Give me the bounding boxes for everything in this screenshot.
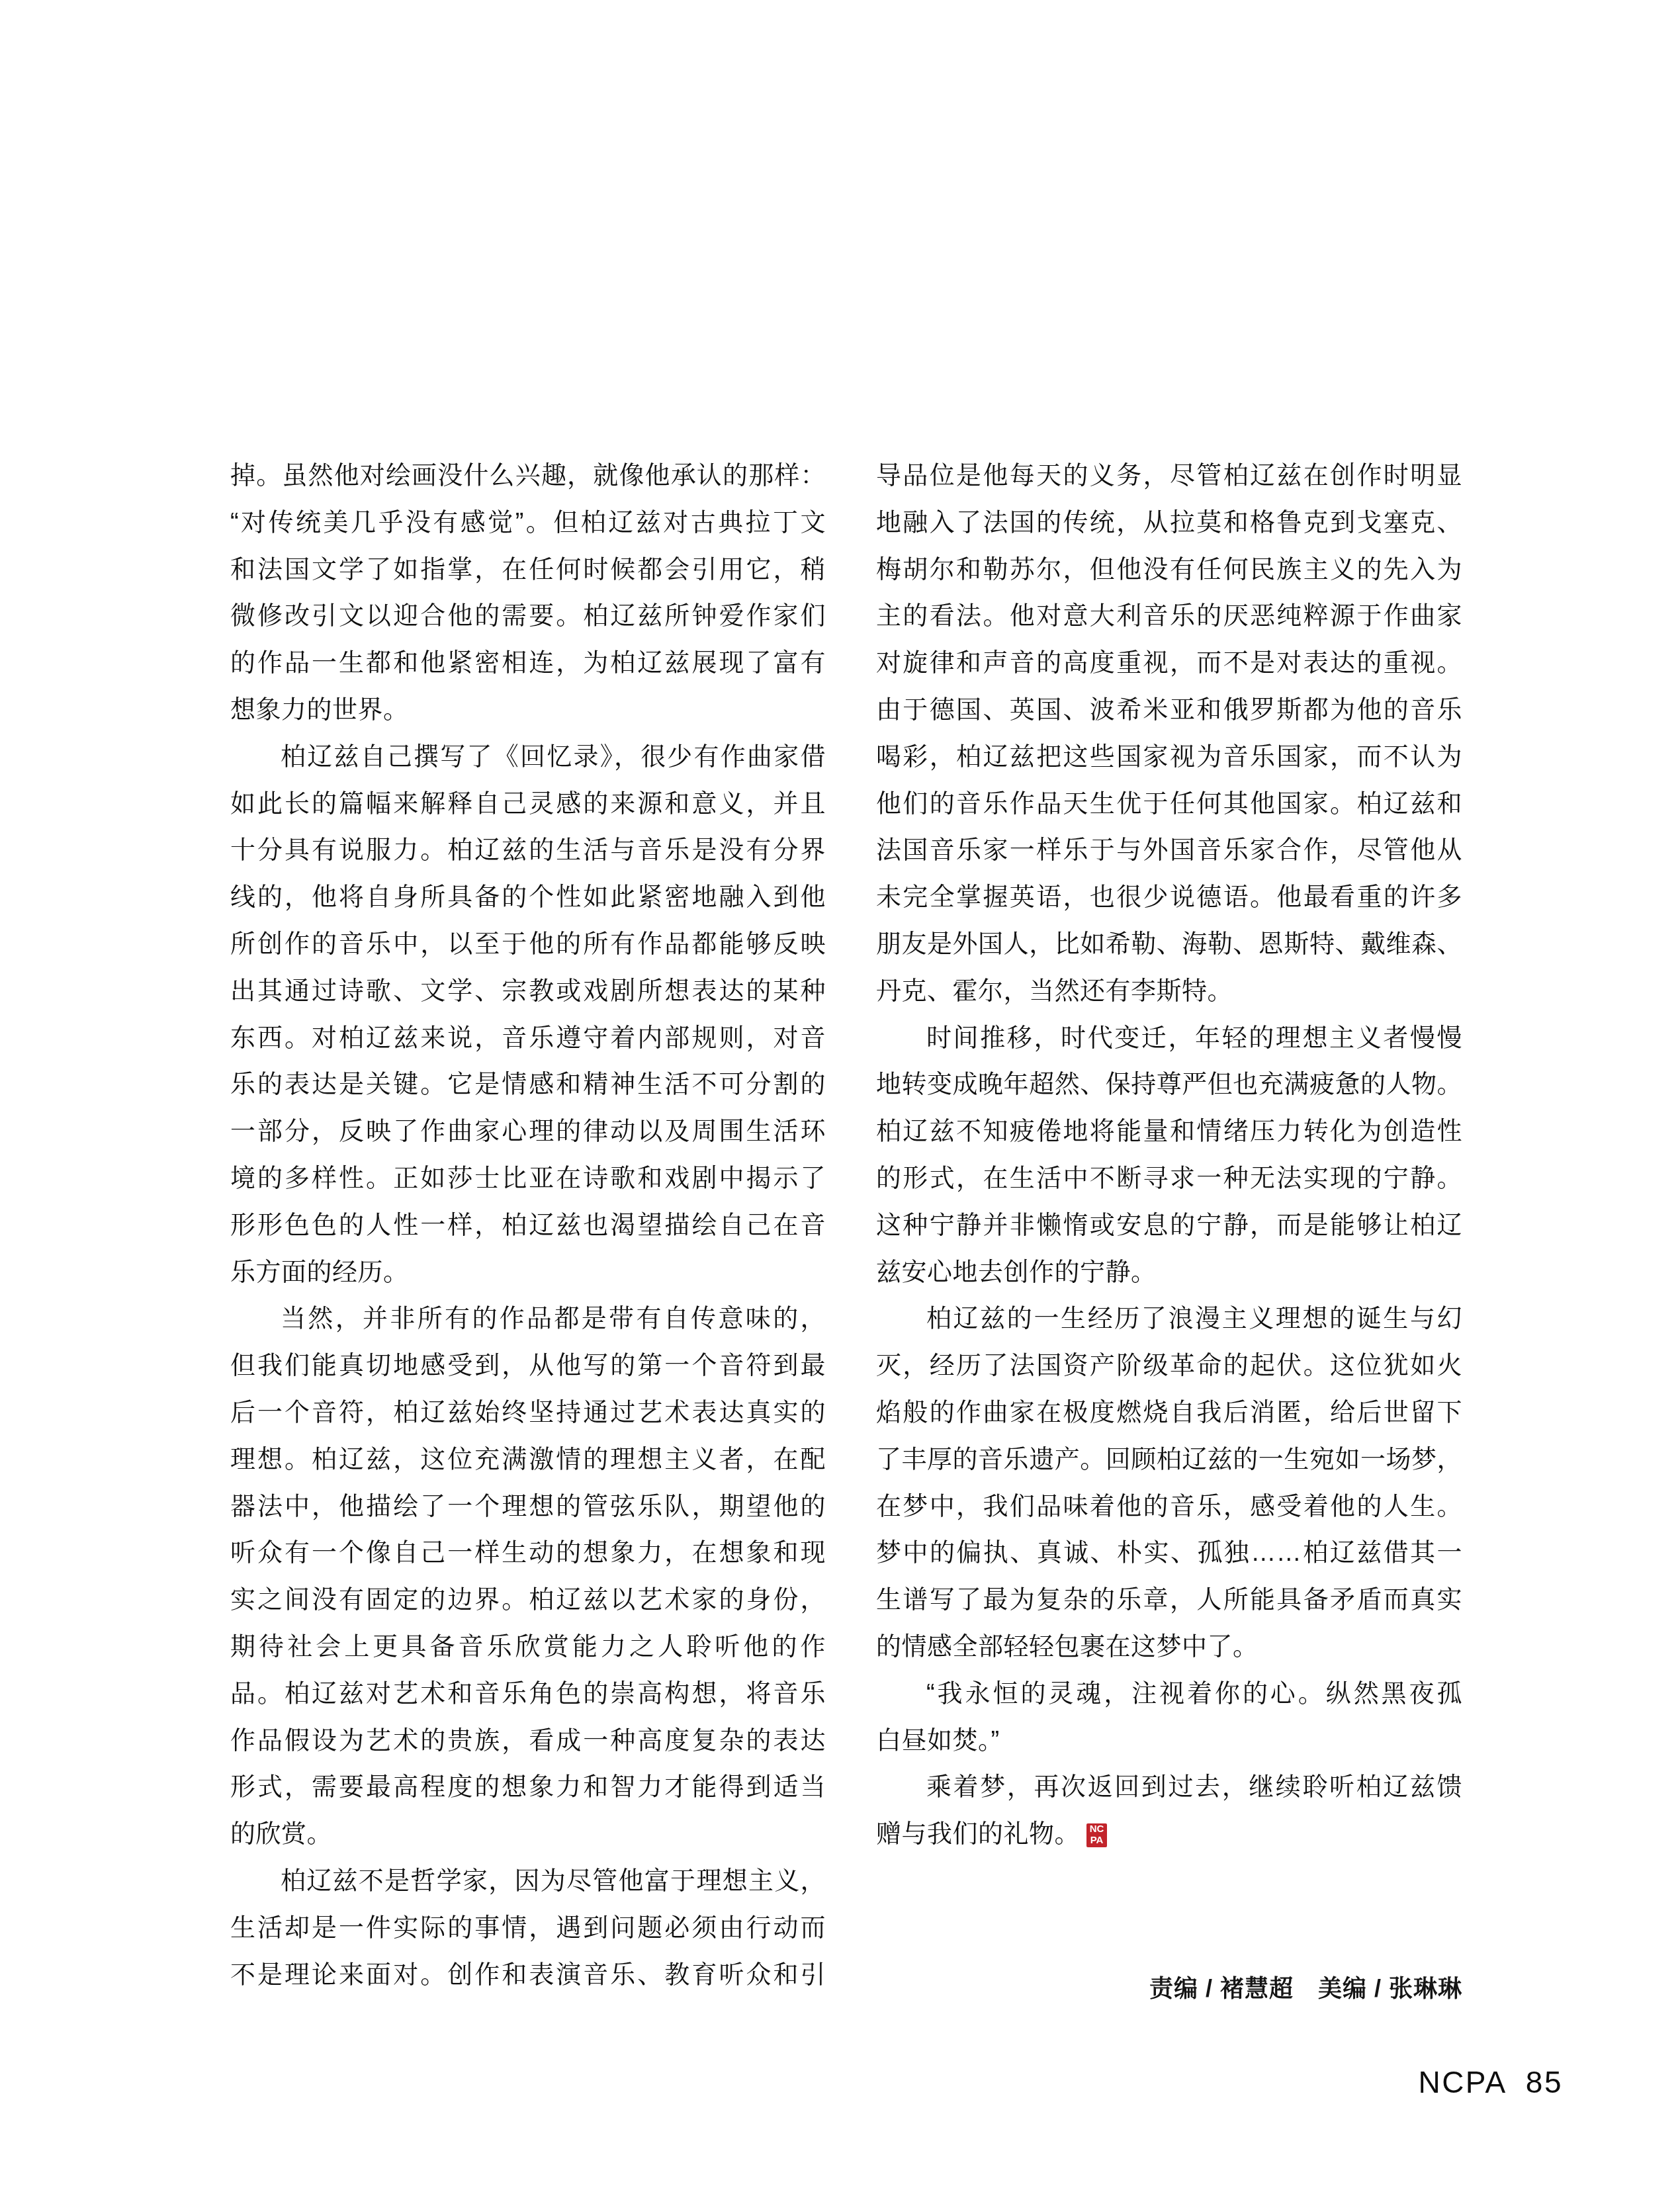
text-line: 柏辽兹不是哲学家，因为尽管他富于理想主义， (230, 1858, 826, 1905)
text-line-content: 赠与我们的礼物。 (876, 1820, 1080, 1848)
text-line-content: 白昼如焚。” (876, 1727, 1000, 1755)
text-line: 所创作的音乐中，以至于他的所有作品都能够反映 (230, 921, 826, 968)
text-line: 乐方面的经历。 (230, 1249, 826, 1296)
text-line: 焰般的作曲家在极度燃烧自我后消匿，给后世留下 (876, 1389, 1462, 1436)
text-line: 生活却是一件实际的事情，遇到问题必须由行动而 (230, 1905, 826, 1952)
text-line: 出其通过诗歌、文学、宗教或戏剧所想表达的某种 (230, 968, 826, 1015)
text-line: “对传统美几乎没有感觉”。但柏辽兹对古典拉丁文 (230, 500, 826, 547)
text-line-content: 十分具有说服力。柏辽兹的生活与音乐是没有分界 (230, 836, 826, 864)
text-line: 柏辽兹自己撰写了《回忆录》，很少有作曲家借 (230, 734, 826, 781)
text-line: 主的看法。他对意大利音乐的厌恶纯粹源于作曲家 (876, 593, 1462, 640)
text-line: 的形式，在生活中不断寻求一种无法实现的宁静。 (876, 1155, 1462, 1202)
text-line: 不是理论来面对。创作和表演音乐、教育听众和引 (230, 1952, 826, 1999)
text-line: 的欣赏。 (230, 1811, 826, 1858)
text-line-content: 焰般的作曲家在极度燃烧自我后消匿，给后世留下 (876, 1399, 1462, 1426)
text-line-content: 作品假设为艺术的贵族，看成一种高度复杂的表达 (230, 1727, 826, 1755)
text-line-content: 法国音乐家一样乐于与外国音乐家合作，尽管他从 (876, 836, 1462, 864)
text-line: 生谱写了最为复杂的乐章，人所能具备矛盾而真实 (876, 1577, 1462, 1624)
text-line-content: 柏辽兹自己撰写了《回忆录》，很少有作曲家借 (281, 743, 826, 771)
text-line: 实之间没有固定的边界。柏辽兹以艺术家的身份， (230, 1577, 826, 1624)
text-line-content: 生谱写了最为复杂的乐章，人所能具备矛盾而真实 (876, 1586, 1462, 1614)
text-line: 微修改引文以迎合他的需要。柏辽兹所钟爱作家们 (230, 593, 826, 640)
text-line: 地转变成晚年超然、保持尊严但也充满疲惫的人物。 (876, 1061, 1462, 1108)
text-line-content: 地融入了法国的传统，从拉莫和格鲁克到戈塞克、 (876, 509, 1462, 537)
text-line-content: 朋友是外国人，比如希勒、海勒、恩斯特、戴维森、 (876, 930, 1462, 958)
text-line: 理想。柏辽兹，这位充满激情的理想主义者，在配 (230, 1436, 826, 1483)
page-number: 85 (1526, 2065, 1563, 2099)
text-line-content: “我永恒的灵魂，注视着你的心。纵然黑夜孤寂， (926, 1680, 1462, 1718)
text-line: 和法国文学了如指掌，在任何时候都会引用它，稍 (230, 547, 826, 593)
text-line-content: 微修改引文以迎合他的需要。柏辽兹所钟爱作家们 (230, 602, 826, 630)
text-line: 他们的音乐作品天生优于任何其他国家。柏辽兹和 (876, 781, 1462, 828)
text-line-content: 他们的音乐作品天生优于任何其他国家。柏辽兹和 (876, 790, 1462, 818)
footer-spacer (1505, 2065, 1526, 2099)
text-line: 朋友是外国人，比如希勒、海勒、恩斯特、戴维森、 (876, 921, 1462, 968)
text-line-content: 兹安心地去创作的宁静。 (876, 1258, 1157, 1286)
text-line-content: 理想。柏辽兹，这位充满激情的理想主义者，在配 (230, 1446, 826, 1473)
text-line-content: 的情感全部轻轻包裹在这梦中了。 (876, 1633, 1259, 1661)
text-line: 形形色色的人性一样，柏辽兹也渴望描绘自己在音 (230, 1202, 826, 1249)
text-line: 丹克、霍尔，当然还有李斯特。 (876, 968, 1462, 1015)
text-line-content: 的作品一生都和他紧密相连，为柏辽兹展现了富有 (230, 649, 826, 677)
text-line-content: 乘着梦，再次返回到过去，继续聆听柏辽兹馈 (926, 1773, 1462, 1801)
text-line-content: 不是理论来面对。创作和表演音乐、教育听众和引 (230, 1961, 826, 1989)
text-line-content: 柏辽兹不是哲学家，因为尽管他富于理想主义， (281, 1867, 826, 1895)
text-line: 的作品一生都和他紧密相连，为柏辽兹展现了富有 (230, 640, 826, 687)
text-line: 地融入了法国的传统，从拉莫和格鲁克到戈塞克、 (876, 500, 1462, 547)
text-line-content: 当然，并非所有的作品都是带有自传意味的， (281, 1305, 826, 1333)
text-line-content: 后一个音符，柏辽兹始终坚持通过艺术表达真实的 (230, 1399, 826, 1426)
credits-line: 责编 / 褚慧超 美编 / 张琳琳 (1149, 1970, 1462, 2004)
text-line-content: 生活却是一件实际的事情，遇到问题必须由行动而 (230, 1914, 826, 1942)
text-line-content: 灭，经历了法国资产阶级革命的起伏。这位犹如火 (876, 1352, 1462, 1379)
text-line: 梦中的偏执、真诚、朴实、孤独……柏辽兹借其一 (876, 1530, 1462, 1577)
text-line: “我永恒的灵魂，注视着你的心。纵然黑夜孤寂， (876, 1671, 1462, 1718)
text-line: 乐的表达是关键。它是情感和精神生活不可分割的 (230, 1061, 826, 1108)
text-line-content: 由于德国、英国、波希米亚和俄罗斯都为他的音乐 (876, 696, 1462, 724)
text-line-content: 和法国文学了如指掌，在任何时候都会引用它，稍 (230, 556, 826, 584)
text-line-content: 掉。虽然他对绘画没什么兴趣，就像他承认的那样： (230, 462, 826, 490)
text-line-content: 了丰厚的音乐遗产。回顾柏辽兹的一生宛如一场梦， (876, 1446, 1462, 1473)
text-line-content: 导品位是他每天的义务，尽管柏辽兹在创作时明显 (876, 462, 1462, 490)
ncpa-seal-icon: NCPA (1086, 1823, 1107, 1847)
text-line-content: 如此长的篇幅来解释自己灵感的来源和意义，并且 (230, 790, 826, 818)
text-line: 东西。对柏辽兹来说，音乐遵守着内部规则，对音 (230, 1015, 826, 1062)
text-line: 期待社会上更具备音乐欣赏能力之人聆听他的作 (230, 1624, 826, 1671)
text-line: 时间推移，时代变迁，年轻的理想主义者慢慢 (876, 1015, 1462, 1062)
article-column-left: 掉。虽然他对绘画没什么兴趣，就像他承认的那样：“对传统美几乎没有感觉”。但柏辽兹… (230, 453, 826, 1998)
text-line: 形式，需要最高程度的想象力和智力才能得到适当 (230, 1764, 826, 1811)
text-line-content: 乐方面的经历。 (230, 1258, 409, 1286)
text-line-content: “对传统美几乎没有感觉”。但柏辽兹对古典拉丁文 (230, 509, 826, 537)
text-line: 柏辽兹不知疲倦地将能量和情绪压力转化为创造性 (876, 1108, 1462, 1155)
text-line-content: 梅胡尔和勒苏尔，但他没有任何民族主义的先入为 (876, 556, 1462, 584)
text-line: 当然，并非所有的作品都是带有自传意味的， (230, 1295, 826, 1342)
text-line-content: 境的多样性。正如莎士比亚在诗歌和戏剧中揭示了 (230, 1164, 826, 1192)
text-line: 兹安心地去创作的宁静。 (876, 1249, 1462, 1296)
article-column-right: 导品位是他每天的义务，尽管柏辽兹在创作时明显地融入了法国的传统，从拉莫和格鲁克到… (876, 453, 1462, 1858)
text-line: 线的，他将自身所具备的个性如此紧密地融入到他 (230, 874, 826, 921)
text-line-content: 期待社会上更具备音乐欣赏能力之人聆听他的作 (230, 1633, 826, 1661)
text-line: 器法中，他描绘了一个理想的管弦乐队，期望他的 (230, 1483, 826, 1530)
text-line: 境的多样性。正如莎士比亚在诗歌和戏剧中揭示了 (230, 1155, 826, 1202)
text-line: 听众有一个像自己一样生动的想象力，在想象和现 (230, 1530, 826, 1577)
text-line-content: 对旋律和声音的高度重视，而不是对表达的重视。 (876, 649, 1462, 677)
text-line-content: 实之间没有固定的边界。柏辽兹以艺术家的身份， (230, 1586, 826, 1614)
text-line-content: 丹克、霍尔，当然还有李斯特。 (876, 977, 1233, 1005)
text-line: 对旋律和声音的高度重视，而不是对表达的重视。 (876, 640, 1462, 687)
text-line: 十分具有说服力。柏辽兹的生活与音乐是没有分界 (230, 827, 826, 874)
text-line-content: 的欣赏。 (230, 1820, 332, 1848)
magazine-brand: NCPA (1418, 2065, 1505, 2099)
text-line: 品。柏辽兹对艺术和音乐角色的崇高构想，将音乐 (230, 1671, 826, 1718)
text-line: 赠与我们的礼物。NCPA (876, 1811, 1462, 1858)
text-line: 柏辽兹的一生经历了浪漫主义理想的诞生与幻 (876, 1295, 1462, 1342)
text-line-content: 主的看法。他对意大利音乐的厌恶纯粹源于作曲家 (876, 602, 1462, 630)
text-line: 导品位是他每天的义务，尽管柏辽兹在创作时明显 (876, 453, 1462, 500)
text-line-content: 器法中，他描绘了一个理想的管弦乐队，期望他的 (230, 1493, 826, 1520)
text-line: 作品假设为艺术的贵族，看成一种高度复杂的表达 (230, 1718, 826, 1765)
ncpa-seal-text-top: NC (1086, 1823, 1107, 1835)
text-line-content: 东西。对柏辽兹来说，音乐遵守着内部规则，对音 (230, 1024, 826, 1052)
text-line-content: 形形色色的人性一样，柏辽兹也渴望描绘自己在音 (230, 1211, 826, 1239)
text-line: 如此长的篇幅来解释自己灵感的来源和意义，并且 (230, 781, 826, 828)
text-line: 梅胡尔和勒苏尔，但他没有任何民族主义的先入为 (876, 547, 1462, 593)
text-line-content: 这种宁静并非懒惰或安息的宁静，而是能够让柏辽 (876, 1211, 1462, 1239)
text-line-content: 想象力的世界。 (230, 696, 409, 724)
text-line-content: 形式，需要最高程度的想象力和智力才能得到适当 (230, 1773, 826, 1801)
text-line: 想象力的世界。 (230, 687, 826, 734)
text-line-content: 在梦中，我们品味着他的音乐，感受着他的人生。 (876, 1493, 1462, 1520)
text-line-content: 喝彩，柏辽兹把这些国家视为音乐国家，而不认为 (876, 743, 1462, 771)
text-line: 掉。虽然他对绘画没什么兴趣，就像他承认的那样： (230, 453, 826, 500)
text-line-content: 一部分，反映了作曲家心理的律动以及周围生活环 (230, 1117, 826, 1145)
text-line: 的情感全部轻轻包裹在这梦中了。 (876, 1624, 1462, 1671)
text-line: 在梦中，我们品味着他的音乐，感受着他的人生。 (876, 1483, 1462, 1530)
text-line: 后一个音符，柏辽兹始终坚持通过艺术表达真实的 (230, 1389, 826, 1436)
magazine-page: 掉。虽然他对绘画没什么兴趣，就像他承认的那样：“对传统美几乎没有感觉”。但柏辽兹… (0, 0, 1680, 2188)
text-line: 白昼如焚。” (876, 1718, 1462, 1765)
text-line: 由于德国、英国、波希米亚和俄罗斯都为他的音乐 (876, 687, 1462, 734)
text-line: 法国音乐家一样乐于与外国音乐家合作，尽管他从 (876, 827, 1462, 874)
text-line: 这种宁静并非懒惰或安息的宁静，而是能够让柏辽 (876, 1202, 1462, 1249)
page-footer: NCPA 85 (1418, 2064, 1563, 2100)
text-line: 了丰厚的音乐遗产。回顾柏辽兹的一生宛如一场梦， (876, 1436, 1462, 1483)
text-line-content: 未完全掌握英语，也很少说德语。他最看重的许多 (876, 883, 1462, 911)
text-line: 乘着梦，再次返回到过去，继续聆听柏辽兹馈 (876, 1764, 1462, 1811)
text-line-content: 柏辽兹不知疲倦地将能量和情绪压力转化为创造性 (876, 1117, 1462, 1145)
text-line: 喝彩，柏辽兹把这些国家视为音乐国家，而不认为 (876, 734, 1462, 781)
text-line-content: 柏辽兹的一生经历了浪漫主义理想的诞生与幻 (926, 1305, 1462, 1333)
text-line-content: 线的，他将自身所具备的个性如此紧密地融入到他 (230, 883, 826, 911)
text-line-content: 所创作的音乐中，以至于他的所有作品都能够反映 (230, 930, 826, 958)
text-line-content: 听众有一个像自己一样生动的想象力，在想象和现 (230, 1539, 826, 1567)
text-line-content: 时间推移，时代变迁，年轻的理想主义者慢慢 (926, 1024, 1462, 1052)
ncpa-seal-text-bottom: PA (1086, 1835, 1107, 1846)
text-line: 一部分，反映了作曲家心理的律动以及周围生活环 (230, 1108, 826, 1155)
text-line-content: 但我们能真切地感受到，从他写的第一个音符到最 (230, 1352, 826, 1379)
text-line-content: 地转变成晚年超然、保持尊严但也充满疲惫的人物。 (876, 1071, 1462, 1098)
text-line: 未完全掌握英语，也很少说德语。他最看重的许多 (876, 874, 1462, 921)
text-line-content: 乐的表达是关键。它是情感和精神生活不可分割的 (230, 1071, 826, 1098)
text-line-content: 品。柏辽兹对艺术和音乐角色的崇高构想，将音乐 (230, 1680, 826, 1708)
text-line-content: 的形式，在生活中不断寻求一种无法实现的宁静。 (876, 1164, 1462, 1192)
text-line: 但我们能真切地感受到，从他写的第一个音符到最 (230, 1342, 826, 1389)
text-line-content: 出其通过诗歌、文学、宗教或戏剧所想表达的某种 (230, 977, 826, 1005)
text-line-content: 梦中的偏执、真诚、朴实、孤独……柏辽兹借其一 (876, 1539, 1462, 1567)
text-line: 灭，经历了法国资产阶级革命的起伏。这位犹如火 (876, 1342, 1462, 1389)
